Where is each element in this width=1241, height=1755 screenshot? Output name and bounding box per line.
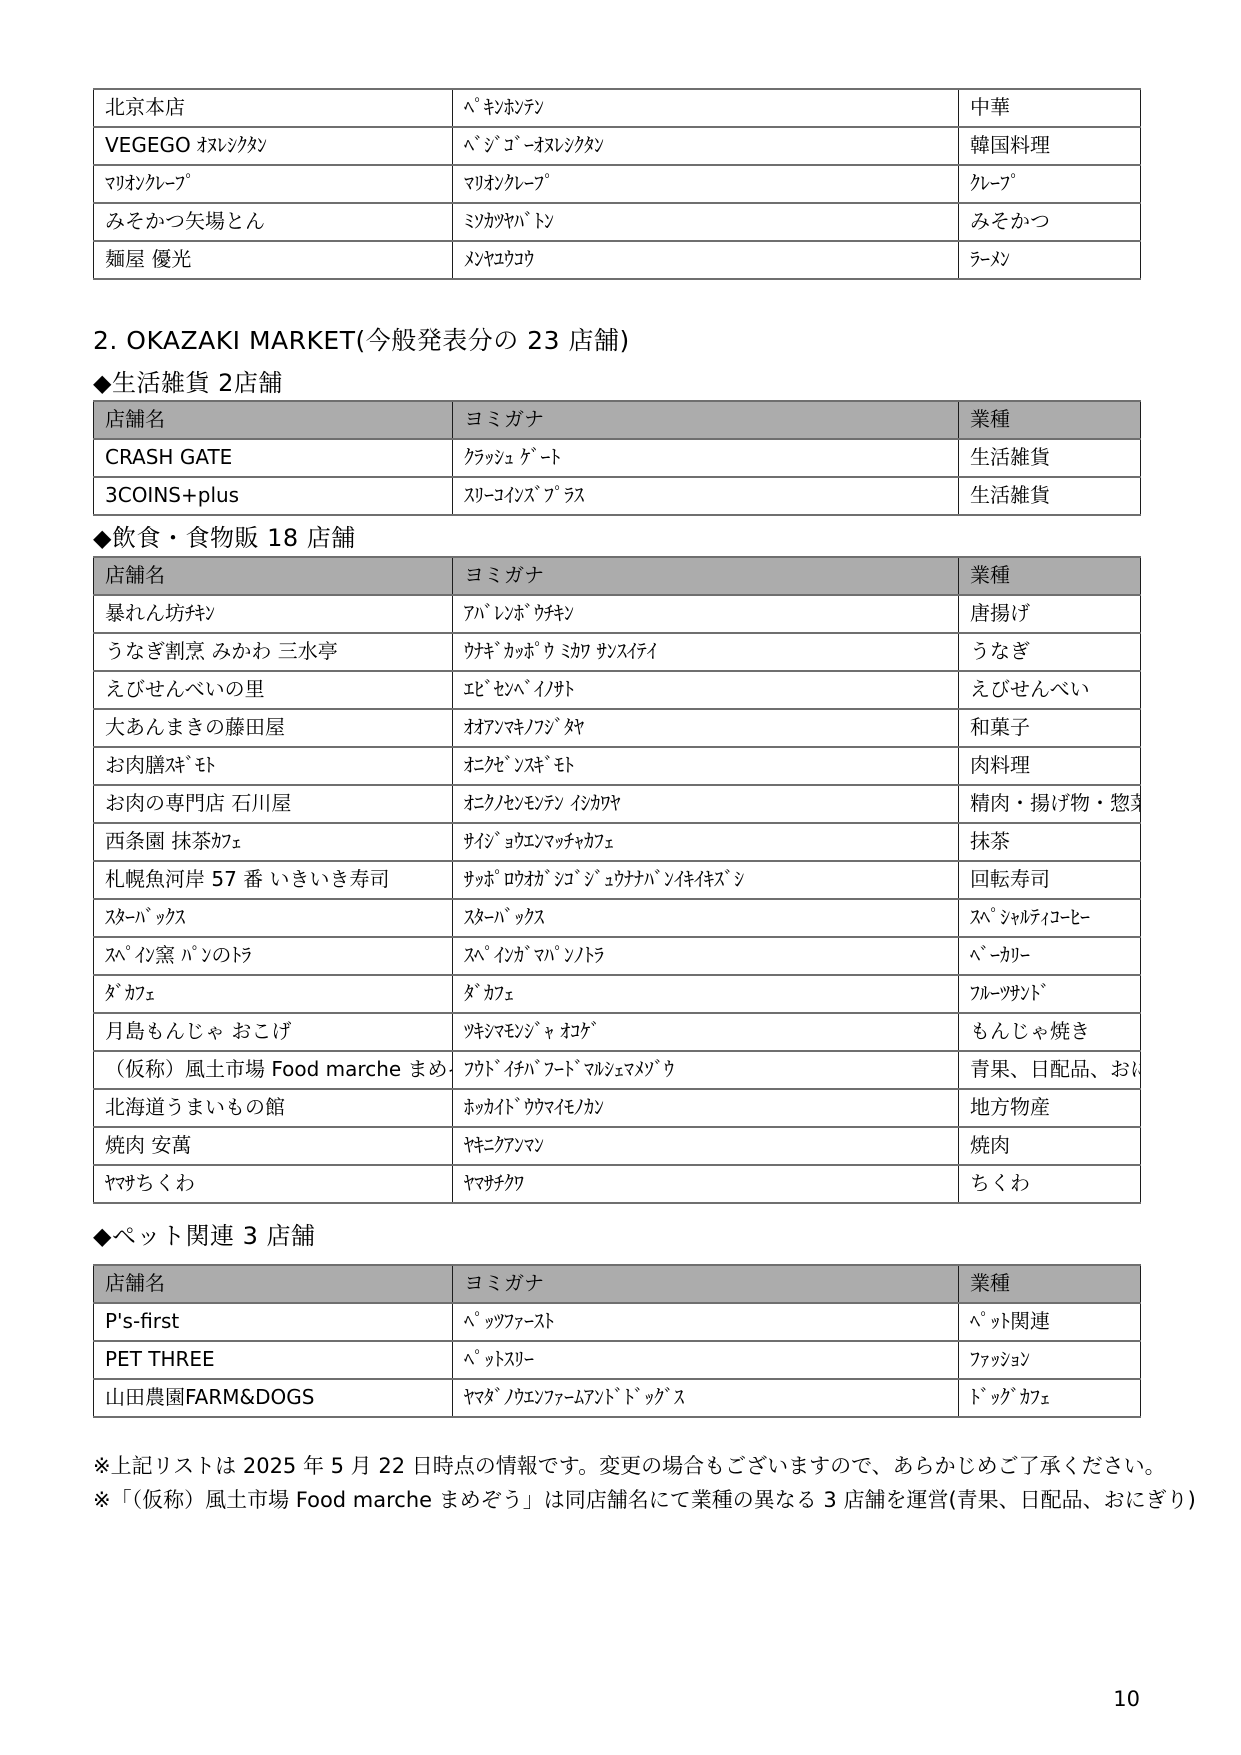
table-cell: ﾌｧｯｼｮﾝ — [959, 1341, 1141, 1379]
table-cell: （仮称）風土市場 Food marche まめぞう — [94, 1051, 453, 1089]
table-cell: 生活雑貨 — [959, 439, 1141, 477]
table-cell: お肉の専門店 石川屋 — [94, 785, 453, 823]
table-cell: ﾎｯｶｲﾄﾞｳｳﾏｲﾓﾉｶﾝ — [453, 1089, 959, 1127]
table-cell: 北京本店 — [94, 89, 453, 127]
table-cell: 青果、日配品、おにぎり — [959, 1051, 1141, 1089]
table-cell: 西条園 抹茶ｶﾌｪ — [94, 823, 453, 861]
col-header-yomigana: ヨミガナ — [453, 557, 959, 595]
table-row: 札幌魚河岸 57 番 いきいき寿司ｻｯﾎﾟﾛｳｵｶﾞｼｺﾞｼﾞｭｳﾅﾅﾊﾞﾝｲｷ… — [94, 861, 1141, 899]
section-heading-food: ◆飲食・食物販 18 店舗 — [93, 524, 356, 553]
table-cell: ﾍﾟｯﾄｽﾘｰ — [453, 1341, 959, 1379]
table-cell: 韓国料理 — [959, 127, 1141, 165]
table-cell: ﾍﾟｯﾄ関連 — [959, 1303, 1141, 1341]
footnote-list-date: ※上記リストは 2025 年 5 月 22 日時点の情報です。変更の場合もござい… — [93, 1453, 1166, 1480]
table-cell: VEGEGO ｵﾇﾚｼｸﾀﾝ — [94, 127, 453, 165]
table-cell: ﾀﾞｶﾌｪ — [453, 975, 959, 1013]
table-row: ｽﾀｰﾊﾞｯｸｽｽﾀｰﾊﾞｯｸｽｽﾍﾟｼｬﾙﾃｨｺｰﾋｰ — [94, 899, 1141, 937]
table-row: 月島もんじゃ おこげﾂｷｼﾏﾓﾝｼﾞｬ ｵｺｹﾞもんじゃ焼き — [94, 1013, 1141, 1051]
table-cell: ｸﾚｰﾌﾟ — [959, 165, 1141, 203]
pet-table: 店舗名 ヨミガナ 業種 P's-firstﾍﾟｯﾂﾌｧｰｽﾄﾍﾟｯﾄ関連PET … — [93, 1264, 1141, 1418]
table-cell: 大あんまきの藤田屋 — [94, 709, 453, 747]
table-cell: ｴﾋﾞｾﾝﾍﾞｲﾉｻﾄ — [453, 671, 959, 709]
table-row: 焼肉 安萬ﾔｷﾆｸｱﾝﾏﾝ焼肉 — [94, 1127, 1141, 1165]
table-cell: ｱﾊﾞﾚﾝﾎﾞｳﾁｷﾝ — [453, 595, 959, 633]
page-number: 10 — [1113, 1686, 1140, 1712]
table-row: CRASH GATEｸﾗｯｼｭ ｹﾞｰﾄ生活雑貨 — [94, 439, 1141, 477]
table-cell: ﾔﾏｻちくわ — [94, 1165, 453, 1203]
table-cell: ｽﾀｰﾊﾞｯｸｽ — [453, 899, 959, 937]
table-cell: 札幌魚河岸 57 番 いきいき寿司 — [94, 861, 453, 899]
table-cell: ﾌｳﾄﾞｲﾁﾊﾞﾌｰﾄﾞﾏﾙｼｪﾏﾒｿﾞｳ — [453, 1051, 959, 1089]
table-cell: うなぎ — [959, 633, 1141, 671]
table-cell: ちくわ — [959, 1165, 1141, 1203]
table-cell: 和菓子 — [959, 709, 1141, 747]
table-row: お肉の専門店 石川屋ｵﾆｸﾉｾﾝﾓﾝﾃﾝ ｲｼｶﾜﾔ精肉・揚げ物・惣菜 — [94, 785, 1141, 823]
table-row: （仮称）風土市場 Food marche まめぞうﾌｳﾄﾞｲﾁﾊﾞﾌｰﾄﾞﾏﾙｼ… — [94, 1051, 1141, 1089]
document-page: 北京本店ﾍﾟｷﾝﾎﾝﾃﾝ中華VEGEGO ｵﾇﾚｼｸﾀﾝﾍﾞｼﾞｺﾞｰｵﾇﾚｼｸ… — [0, 0, 1241, 1755]
table-cell: ﾀﾞｶﾌｪ — [94, 975, 453, 1013]
table-cell: 3COINS+plus — [94, 477, 453, 515]
table-cell: ﾔﾏﾀﾞﾉｳｴﾝﾌｧｰﾑｱﾝﾄﾞﾄﾞｯｸﾞｽ — [453, 1379, 959, 1417]
table-cell: ﾔﾏｻﾁｸﾜ — [453, 1165, 959, 1203]
table-cell: ｽﾍﾟｲﾝ窯 ﾊﾟﾝのﾄﾗ — [94, 937, 453, 975]
table-row: ｽﾍﾟｲﾝ窯 ﾊﾟﾝのﾄﾗｽﾍﾟｲﾝｶﾞﾏﾊﾟﾝﾉﾄﾗﾍﾞｰｶﾘｰ — [94, 937, 1141, 975]
table-row: ﾏﾘｵﾝｸﾚｰﾌﾟﾏﾘｵﾝｸﾚｰﾌﾟｸﾚｰﾌﾟ — [94, 165, 1141, 203]
table-cell: ﾍﾞｰｶﾘｰ — [959, 937, 1141, 975]
table-row: PET THREEﾍﾟｯﾄｽﾘｰﾌｧｯｼｮﾝ — [94, 1341, 1141, 1379]
table-row: 麺屋 優光ﾒﾝﾔﾕｳｺｳﾗｰﾒﾝ — [94, 241, 1141, 279]
table-cell: ｽﾍﾟｼｬﾙﾃｨｺｰﾋｰ — [959, 899, 1141, 937]
table-header-row: 店舗名 ヨミガナ 業種 — [94, 401, 1141, 439]
table-cell: えびせんべいの里 — [94, 671, 453, 709]
table-cell: 山田農園FARM&DOGS — [94, 1379, 453, 1417]
table-cell: ﾗｰﾒﾝ — [959, 241, 1141, 279]
table-cell: ｽﾘｰｺｲﾝｽﾞﾌﾟﾗｽ — [453, 477, 959, 515]
table-cell: みそかつ — [959, 203, 1141, 241]
table-cell: ｵﾆｸｾﾞﾝｽｷﾞﾓﾄ — [453, 747, 959, 785]
table-row: 山田農園FARM&DOGSﾔﾏﾀﾞﾉｳｴﾝﾌｧｰﾑｱﾝﾄﾞﾄﾞｯｸﾞｽﾄﾞｯｸﾞ… — [94, 1379, 1141, 1417]
table-cell: 焼肉 — [959, 1127, 1141, 1165]
table-cell: ｵｵｱﾝﾏｷﾉﾌｼﾞﾀﾔ — [453, 709, 959, 747]
table-cell: ﾏﾘｵﾝｸﾚｰﾌﾟ — [453, 165, 959, 203]
table-cell: 肉料理 — [959, 747, 1141, 785]
table-header-row: 店舗名 ヨミガナ 業種 — [94, 557, 1141, 595]
table-cell: 焼肉 安萬 — [94, 1127, 453, 1165]
table-cell: ｻｲｼﾞｮｳｴﾝﾏｯﾁｬｶﾌｪ — [453, 823, 959, 861]
table-row: 西条園 抹茶ｶﾌｪｻｲｼﾞｮｳｴﾝﾏｯﾁｬｶﾌｪ抹茶 — [94, 823, 1141, 861]
food-table: 店舗名 ヨミガナ 業種 暴れん坊ﾁｷﾝｱﾊﾞﾚﾝﾎﾞｳﾁｷﾝ唐揚げうなぎ割烹 み… — [93, 556, 1141, 1204]
table-cell: ｽﾍﾟｲﾝｶﾞﾏﾊﾟﾝﾉﾄﾗ — [453, 937, 959, 975]
table-cell: 生活雑貨 — [959, 477, 1141, 515]
table-cell: ｻｯﾎﾟﾛｳｵｶﾞｼｺﾞｼﾞｭｳﾅﾅﾊﾞﾝｲｷｲｷｽﾞｼ — [453, 861, 959, 899]
table-row: 3COINS+plusｽﾘｰｺｲﾝｽﾞﾌﾟﾗｽ生活雑貨 — [94, 477, 1141, 515]
daily-goods-table: 店舗名 ヨミガナ 業種 CRASH GATEｸﾗｯｼｭ ｹﾞｰﾄ生活雑貨3COI… — [93, 400, 1141, 516]
table-cell: 地方物産 — [959, 1089, 1141, 1127]
table-cell: 回転寿司 — [959, 861, 1141, 899]
table-row: うなぎ割烹 みかわ 三水亭ｳﾅｷﾞｶｯﾎﾟｳ ﾐｶﾜ ｻﾝｽｲﾃｲうなぎ — [94, 633, 1141, 671]
table-row: 北海道うまいもの館ﾎｯｶｲﾄﾞｳｳﾏｲﾓﾉｶﾝ地方物産 — [94, 1089, 1141, 1127]
table-row: えびせんべいの里ｴﾋﾞｾﾝﾍﾞｲﾉｻﾄえびせんべい — [94, 671, 1141, 709]
table-row: みそかつ矢場とんﾐｿｶﾂﾔﾊﾞﾄﾝみそかつ — [94, 203, 1141, 241]
table-cell: みそかつ矢場とん — [94, 203, 453, 241]
col-header-business-type: 業種 — [959, 401, 1141, 439]
table-cell: ﾐｿｶﾂﾔﾊﾞﾄﾝ — [453, 203, 959, 241]
table-cell: CRASH GATE — [94, 439, 453, 477]
table-cell: ﾍﾟｷﾝﾎﾝﾃﾝ — [453, 89, 959, 127]
table-cell: うなぎ割烹 みかわ 三水亭 — [94, 633, 453, 671]
section-heading-daily-goods: ◆生活雑貨 2店舗 — [93, 369, 283, 398]
table-cell: PET THREE — [94, 1341, 453, 1379]
table-cell: 唐揚げ — [959, 595, 1141, 633]
table-cell: ﾄﾞｯｸﾞｶﾌｪ — [959, 1379, 1141, 1417]
table-cell: ｳﾅｷﾞｶｯﾎﾟｳ ﾐｶﾜ ｻﾝｽｲﾃｲ — [453, 633, 959, 671]
col-header-business-type: 業種 — [959, 557, 1141, 595]
table-header-row: 店舗名 ヨミガナ 業種 — [94, 1265, 1141, 1303]
table-cell: 抹茶 — [959, 823, 1141, 861]
table-row: 暴れん坊ﾁｷﾝｱﾊﾞﾚﾝﾎﾞｳﾁｷﾝ唐揚げ — [94, 595, 1141, 633]
table-cell: ｽﾀｰﾊﾞｯｸｽ — [94, 899, 453, 937]
col-header-store-name: 店舗名 — [94, 401, 453, 439]
table-cell: お肉膳ｽｷﾞﾓﾄ — [94, 747, 453, 785]
table-cell: 精肉・揚げ物・惣菜 — [959, 785, 1141, 823]
table-row: ﾀﾞｶﾌｪﾀﾞｶﾌｪﾌﾙｰﾂｻﾝﾄﾞ — [94, 975, 1141, 1013]
table-cell: ﾏﾘｵﾝｸﾚｰﾌﾟ — [94, 165, 453, 203]
col-header-yomigana: ヨミガナ — [453, 401, 959, 439]
footnote-food-marche: ※「（仮称）風土市場 Food marche まめぞう」は同店舗名にて業種の異な… — [93, 1487, 1196, 1514]
table-cell: P's-first — [94, 1303, 453, 1341]
table-cell: ﾂｷｼﾏﾓﾝｼﾞｬ ｵｺｹﾞ — [453, 1013, 959, 1051]
table-cell: ﾍﾟｯﾂﾌｧｰｽﾄ — [453, 1303, 959, 1341]
table-cell: えびせんべい — [959, 671, 1141, 709]
table-row: VEGEGO ｵﾇﾚｼｸﾀﾝﾍﾞｼﾞｺﾞｰｵﾇﾚｼｸﾀﾝ韓国料理 — [94, 127, 1141, 165]
table-row: P's-firstﾍﾟｯﾂﾌｧｰｽﾄﾍﾟｯﾄ関連 — [94, 1303, 1141, 1341]
table-row: 北京本店ﾍﾟｷﾝﾎﾝﾃﾝ中華 — [94, 89, 1141, 127]
table-cell: 中華 — [959, 89, 1141, 127]
table-cell: 月島もんじゃ おこげ — [94, 1013, 453, 1051]
table-cell: 暴れん坊ﾁｷﾝ — [94, 595, 453, 633]
col-header-store-name: 店舗名 — [94, 1265, 453, 1303]
table-row: 大あんまきの藤田屋ｵｵｱﾝﾏｷﾉﾌｼﾞﾀﾔ和菓子 — [94, 709, 1141, 747]
table-row: お肉膳ｽｷﾞﾓﾄｵﾆｸｾﾞﾝｽｷﾞﾓﾄ肉料理 — [94, 747, 1141, 785]
continuation-table: 北京本店ﾍﾟｷﾝﾎﾝﾃﾝ中華VEGEGO ｵﾇﾚｼｸﾀﾝﾍﾞｼﾞｺﾞｰｵﾇﾚｼｸ… — [93, 88, 1141, 280]
section-heading-pet: ◆ペット関連 3 店舗 — [93, 1222, 315, 1251]
col-header-store-name: 店舗名 — [94, 557, 453, 595]
table-cell: ﾍﾞｼﾞｺﾞｰｵﾇﾚｼｸﾀﾝ — [453, 127, 959, 165]
table-cell: もんじゃ焼き — [959, 1013, 1141, 1051]
table-cell: ﾌﾙｰﾂｻﾝﾄﾞ — [959, 975, 1141, 1013]
table-cell: ﾒﾝﾔﾕｳｺｳ — [453, 241, 959, 279]
table-cell: ｵﾆｸﾉｾﾝﾓﾝﾃﾝ ｲｼｶﾜﾔ — [453, 785, 959, 823]
col-header-business-type: 業種 — [959, 1265, 1141, 1303]
table-cell: 北海道うまいもの館 — [94, 1089, 453, 1127]
col-header-yomigana: ヨミガナ — [453, 1265, 959, 1303]
main-heading: 2. OKAZAKI MARKET(今般発表分の 23 店舗) — [93, 326, 630, 356]
table-row: ﾔﾏｻちくわﾔﾏｻﾁｸﾜちくわ — [94, 1165, 1141, 1203]
table-cell: 麺屋 優光 — [94, 241, 453, 279]
table-cell: ﾔｷﾆｸｱﾝﾏﾝ — [453, 1127, 959, 1165]
table-cell: ｸﾗｯｼｭ ｹﾞｰﾄ — [453, 439, 959, 477]
